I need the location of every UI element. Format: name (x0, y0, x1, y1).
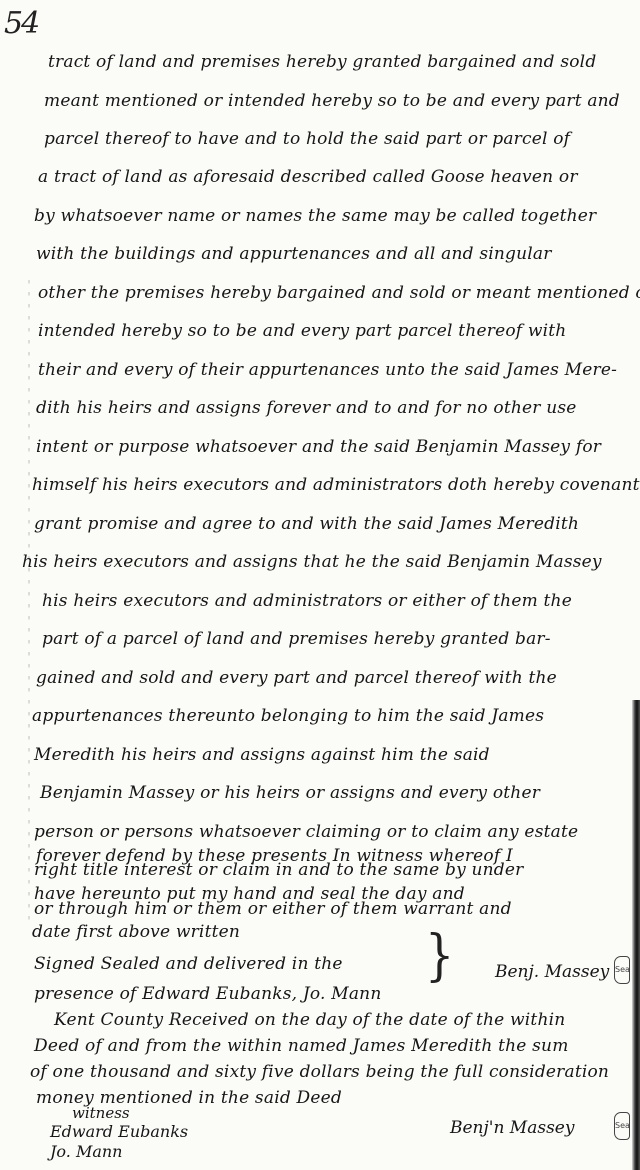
witness-label: witness (72, 1104, 130, 1122)
deed-page: 54 tract of land and premises hereby gra… (0, 0, 640, 1170)
attestation-line-2: presence of Edward Eubanks, Jo. Mann (34, 984, 381, 1004)
deed-line: meant mentioned or intended hereby so to… (44, 91, 620, 111)
deed-line: grant promise and agree to and with the … (34, 514, 579, 534)
deed-line: Benjamin Massey or his heirs or assigns … (40, 783, 540, 803)
signature-benj-massey: Benj. Massey (495, 962, 609, 982)
deed-line: have hereunto put my hand and seal the d… (34, 884, 465, 904)
seal-icon: Seal (614, 1112, 630, 1140)
deed-line: his heirs executors and administrators o… (42, 591, 572, 611)
deed-line: other the premises hereby bargained and … (38, 283, 640, 303)
witness-name: Edward Eubanks (50, 1122, 188, 1141)
deed-line: dith his heirs and assigns forever and t… (36, 398, 577, 418)
receipt-line: of one thousand and sixty five dollars b… (30, 1062, 609, 1082)
witness-name: Jo. Mann (50, 1142, 122, 1161)
deed-line: parcel thereof to have and to hold the s… (44, 129, 570, 149)
receipt-line: Deed of and from the within named James … (34, 1036, 569, 1056)
deed-line: part of a parcel of land and premises he… (42, 629, 551, 649)
deed-line: his heirs executors and assigns that he … (22, 552, 602, 572)
deed-line: date first above written (32, 922, 240, 942)
margin-marks (28, 280, 30, 920)
signature-benjn-massey: Benj'n Massey (450, 1118, 574, 1138)
page-number: 54 (4, 6, 38, 41)
attestation-brace: } (425, 923, 454, 988)
deed-line: intended hereby so to be and every part … (38, 321, 566, 341)
deed-line: tract of land and premises hereby grante… (48, 52, 596, 72)
deed-line: Meredith his heirs and assigns against h… (34, 745, 490, 765)
deed-line: intent or purpose whatsoever and the sai… (36, 437, 601, 457)
deed-line: by whatsoever name or names the same may… (34, 206, 596, 226)
deed-line: gained and sold and every part and parce… (36, 668, 557, 688)
deed-line: their and every of their appurtenances u… (38, 360, 617, 380)
receipt-line: Kent County Received on the day of the d… (54, 1010, 565, 1030)
seal-icon: Seal (614, 956, 630, 984)
deed-line: with the buildings and appurtenances and… (36, 244, 552, 264)
deed-line: himself his heirs executors and administ… (32, 475, 640, 495)
deed-line: forever defend by these presents In witn… (36, 846, 513, 866)
deed-line: a tract of land as aforesaid described c… (38, 167, 578, 187)
attestation-line-1: Signed Sealed and delivered in the (34, 954, 343, 974)
deed-line: person or persons whatsoever claiming or… (34, 822, 578, 842)
deed-line: appurtenances thereunto belonging to him… (32, 706, 544, 726)
page-binding-edge (632, 700, 640, 1170)
